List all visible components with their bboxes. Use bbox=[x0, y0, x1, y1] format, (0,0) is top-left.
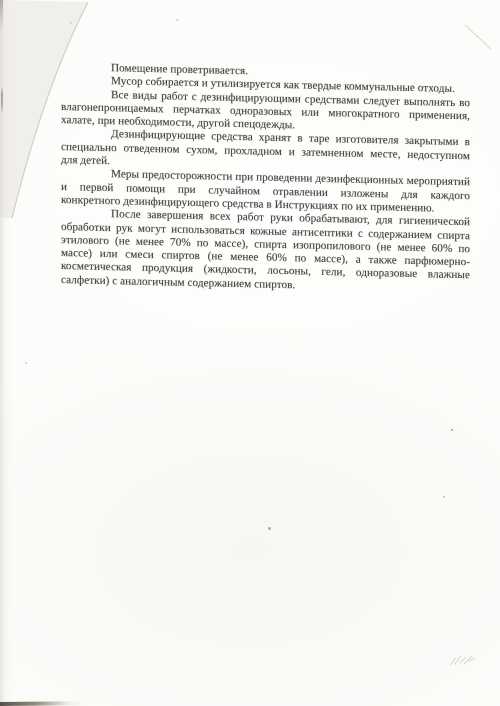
scan-edge-dark-segment bbox=[1, 86, 3, 114]
document-page: Помещение проветривается.Мусор собираетс… bbox=[0, 0, 500, 706]
dust-speck bbox=[268, 527, 271, 530]
dust-speck bbox=[25, 362, 27, 364]
pencil-scribble-mark bbox=[448, 653, 478, 669]
scan-edge-bottom-left bbox=[0, 701, 85, 706]
document-text: Помещение проветривается.Мусор собираетс… bbox=[61, 61, 470, 296]
top-right-crease-line bbox=[464, 24, 494, 52]
dust-speck bbox=[451, 429, 453, 431]
dust-speck bbox=[443, 496, 445, 498]
scan-edge-top-left bbox=[0, 0, 3, 32]
dust-speck bbox=[176, 19, 179, 21]
dust-speck bbox=[70, 22, 72, 24]
